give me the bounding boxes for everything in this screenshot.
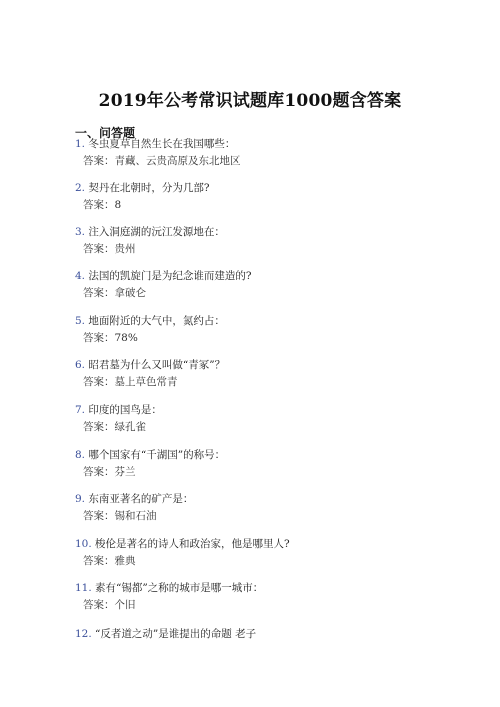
- qa-item: 3. 注入洞庭湖的沅江发源地在： 答案：贵州: [75, 224, 225, 258]
- question: 5. 地面附近的大气中，氮约占：: [75, 313, 225, 330]
- question-text: 哪个国家有“千湖国”的称号：: [88, 449, 225, 461]
- qa-item: 11. 素有“锡都”之称的城市是哪一城市： 答案：个旧: [75, 580, 263, 614]
- qa-item: 7. 印度的国鸟是： 答案：绿孔雀: [75, 402, 162, 436]
- answer-label: 答案：: [83, 155, 115, 167]
- question-number: 10.: [75, 538, 92, 550]
- question: 12. “反者道之动”是谁提出的命题 老子: [75, 626, 256, 643]
- question-number: 12.: [75, 628, 92, 640]
- question-number: 4.: [75, 270, 85, 282]
- answer-label: 答案：: [83, 332, 115, 344]
- answer-text: 8: [115, 199, 122, 211]
- question: 10. 梭伦是著名的诗人和政治家，他是哪里人?: [75, 536, 290, 553]
- answer-text: 墓上草色常青: [115, 376, 178, 388]
- answer: 答案：雅典: [75, 553, 290, 570]
- question: 3. 注入洞庭湖的沅江发源地在：: [75, 224, 225, 241]
- question-text: 梭伦是著名的诗人和政治家，他是哪里人?: [95, 538, 290, 550]
- question-number: 8.: [75, 449, 85, 461]
- question-text: 印度的国鸟是：: [88, 404, 162, 416]
- question-text: 契丹在北朝时，分为几部?: [88, 182, 209, 194]
- question-text: 冬虫夏草自然生长在我国哪些：: [88, 138, 235, 150]
- answer: 答案：个旧: [75, 597, 263, 614]
- qa-item: 1. 冬虫夏草自然生长在我国哪些： 答案：青藏、云贵高原及东北地区: [75, 136, 241, 170]
- question-number: 3.: [75, 226, 85, 238]
- question-text: 地面附近的大气中，氮约占：: [88, 315, 225, 327]
- question: 8. 哪个国家有“千湖国”的称号：: [75, 447, 225, 464]
- answer-label: 答案：: [83, 376, 115, 388]
- answer-text: 拿破仑: [115, 287, 147, 299]
- question-text: 注入洞庭湖的沅江发源地在：: [88, 226, 225, 238]
- document-page: 2019年公考常识试题库1000题含答案 一、问答题 1. 冬虫夏草自然生长在我…: [0, 0, 500, 707]
- question: 7. 印度的国鸟是：: [75, 402, 162, 419]
- question-text: 法国的凯旋门是为纪念谁而建造的?: [88, 270, 251, 282]
- answer-text: 个旧: [115, 599, 136, 611]
- answer-label: 答案：: [83, 466, 115, 478]
- answer: 答案：贵州: [75, 241, 225, 258]
- answer-text: 78%: [115, 332, 138, 344]
- answer: 答案：绿孔雀: [75, 419, 162, 436]
- answer-label: 答案：: [83, 510, 115, 522]
- document-title: 2019年公考常识试题库1000题含答案: [0, 86, 500, 111]
- answer: 答案：8: [75, 197, 210, 214]
- qa-item: 10. 梭伦是著名的诗人和政治家，他是哪里人? 答案：雅典: [75, 536, 290, 570]
- answer: 答案：墓上草色常青: [75, 374, 225, 391]
- answer: 答案：78%: [75, 330, 225, 347]
- question-number: 2.: [75, 182, 85, 194]
- answer-label: 答案：: [83, 199, 115, 211]
- qa-item: 12. “反者道之动”是谁提出的命题 老子: [75, 626, 256, 643]
- answer-label: 答案：: [83, 599, 115, 611]
- answer-label: 答案：: [83, 243, 115, 255]
- question-number: 9.: [75, 493, 85, 505]
- question-text: 素有“锡都”之称的城市是哪一城市：: [95, 582, 263, 594]
- qa-item: 2. 契丹在北朝时，分为几部? 答案：8: [75, 180, 210, 214]
- answer-text: 芬兰: [115, 466, 136, 478]
- question-text: “反者道之动”是谁提出的命题 老子: [95, 628, 256, 640]
- question: 1. 冬虫夏草自然生长在我国哪些：: [75, 136, 241, 153]
- answer: 答案：拿破仑: [75, 285, 252, 302]
- question-number: 11.: [75, 582, 92, 594]
- qa-item: 4. 法国的凯旋门是为纪念谁而建造的? 答案：拿破仑: [75, 268, 252, 302]
- question-number: 7.: [75, 404, 85, 416]
- answer-label: 答案：: [83, 555, 115, 567]
- answer-label: 答案：: [83, 421, 115, 433]
- qa-item: 6. 昭君墓为什么又叫做“青冢”？ 答案：墓上草色常青: [75, 357, 225, 391]
- answer-text: 贵州: [115, 243, 136, 255]
- question: 2. 契丹在北朝时，分为几部?: [75, 180, 210, 197]
- question-number: 5.: [75, 315, 85, 327]
- question-number: 6.: [75, 359, 85, 371]
- answer-text: 绿孔雀: [115, 421, 147, 433]
- answer-text: 青藏、云贵高原及东北地区: [115, 155, 241, 167]
- question: 4. 法国的凯旋门是为纪念谁而建造的?: [75, 268, 252, 285]
- qa-item: 5. 地面附近的大气中，氮约占： 答案：78%: [75, 313, 225, 347]
- question: 6. 昭君墓为什么又叫做“青冢”？: [75, 357, 225, 374]
- qa-item: 9. 东南亚著名的矿产是： 答案：锡和石油: [75, 491, 193, 525]
- answer: 答案：锡和石油: [75, 508, 193, 525]
- question-text: 昭君墓为什么又叫做“青冢”？: [88, 359, 225, 371]
- answer-label: 答案：: [83, 287, 115, 299]
- question-number: 1.: [75, 138, 85, 150]
- answer-text: 雅典: [115, 555, 136, 567]
- question: 11. 素有“锡都”之称的城市是哪一城市：: [75, 580, 263, 597]
- question: 9. 东南亚著名的矿产是：: [75, 491, 193, 508]
- answer-text: 锡和石油: [115, 510, 157, 522]
- question-text: 东南亚著名的矿产是：: [88, 493, 193, 505]
- answer: 答案：芬兰: [75, 464, 225, 481]
- answer: 答案：青藏、云贵高原及东北地区: [75, 153, 241, 170]
- qa-item: 8. 哪个国家有“千湖国”的称号： 答案：芬兰: [75, 447, 225, 481]
